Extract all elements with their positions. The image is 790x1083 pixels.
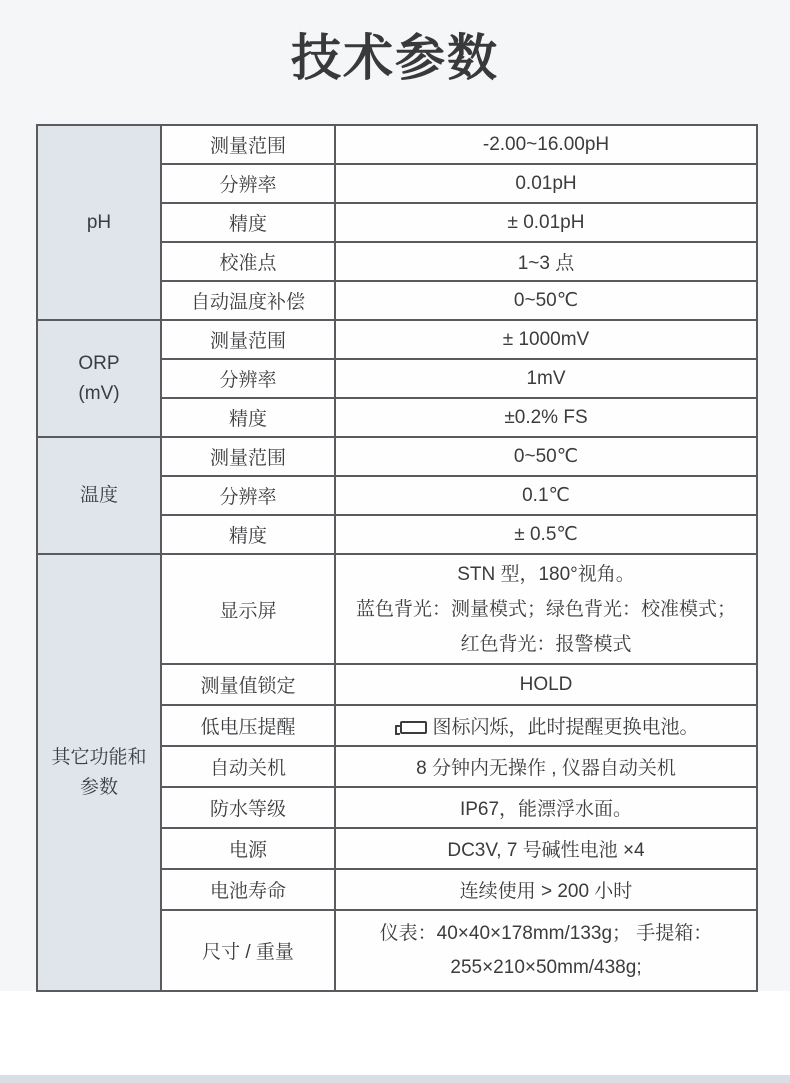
value-cell: DC3V, 7 号碱性电池 ×4 (335, 828, 757, 869)
table-row: ORP(mV)测量范围± 1000mV (37, 320, 757, 359)
value-line: 红色背光：报警模式 (336, 627, 756, 662)
category-label: 温度 (38, 481, 160, 511)
value-line: 蓝色背光：测量模式；绿色背光：校准模式； (336, 592, 756, 627)
parameter-cell: 测量值锁定 (161, 664, 335, 705)
category-cell: ORP(mV) (37, 320, 161, 437)
parameter-cell: 分辨率 (161, 476, 335, 515)
value-cell: -2.00~16.00pH (335, 125, 757, 164)
value-cell: ± 0.01pH (335, 203, 757, 242)
category-cell: 其它功能和参数 (37, 554, 161, 991)
parameter-cell: 测量范围 (161, 320, 335, 359)
value-cell: IP67，能漂浮水面。 (335, 787, 757, 828)
category-cell: 温度 (37, 437, 161, 554)
parameter-cell: 精度 (161, 203, 335, 242)
value-cell: 0.01pH (335, 164, 757, 203)
category-label: pH (38, 208, 160, 238)
value-cell: 0~50℃ (335, 437, 757, 476)
category-label: (mV) (38, 379, 160, 409)
parameter-cell: 分辨率 (161, 359, 335, 398)
parameter-cell: 自动关机 (161, 746, 335, 787)
value-line: 仪表：40×40×178mm/133g； 手提箱： (336, 917, 756, 951)
value-cell: ±0.2% FS (335, 398, 757, 437)
value-cell: HOLD (335, 664, 757, 705)
parameter-cell: 低电压提醒 (161, 705, 335, 746)
value-cell: 图标闪烁，此时提醒更换电池。 (335, 705, 757, 746)
parameter-cell: 防水等级 (161, 787, 335, 828)
value-cell: STN 型，180°视角。蓝色背光：测量模式；绿色背光：校准模式；红色背光：报警… (335, 554, 757, 664)
battery-low-icon (400, 721, 427, 734)
spec-table: pH测量范围-2.00~16.00pH分辨率0.01pH精度± 0.01pH校准… (36, 124, 758, 992)
value-cell: 连续使用 > 200 小时 (335, 869, 757, 910)
value-cell: 0~50℃ (335, 281, 757, 320)
value-cell: 8 分钟内无操作 , 仪器自动关机 (335, 746, 757, 787)
category-label: 参数 (38, 773, 160, 803)
spec-table-body: pH测量范围-2.00~16.00pH分辨率0.01pH精度± 0.01pH校准… (37, 125, 757, 991)
parameter-cell: 校准点 (161, 242, 335, 281)
parameter-cell: 精度 (161, 515, 335, 554)
table-row: 其它功能和参数显示屏STN 型，180°视角。蓝色背光：测量模式；绿色背光：校准… (37, 554, 757, 664)
parameter-cell: 显示屏 (161, 554, 335, 664)
next-section-strip (0, 1075, 790, 1083)
parameter-cell: 测量范围 (161, 437, 335, 476)
parameter-cell: 自动温度补偿 (161, 281, 335, 320)
value-cell: 仪表：40×40×178mm/133g； 手提箱：255×210×50mm/43… (335, 910, 757, 991)
parameter-cell: 精度 (161, 398, 335, 437)
parameter-cell: 测量范围 (161, 125, 335, 164)
category-cell: pH (37, 125, 161, 320)
value-line: STN 型，180°视角。 (336, 557, 756, 592)
parameter-cell: 电池寿命 (161, 869, 335, 910)
value-cell: 1~3 点 (335, 242, 757, 281)
value-cell: 1mV (335, 359, 757, 398)
parameter-cell: 电源 (161, 828, 335, 869)
parameter-cell: 分辨率 (161, 164, 335, 203)
value-cell: ± 1000mV (335, 320, 757, 359)
category-label: ORP (38, 349, 160, 379)
value-line: 255×210×50mm/438g; (336, 951, 756, 985)
value-cell: ± 0.5℃ (335, 515, 757, 554)
category-label: 其它功能和 (38, 743, 160, 773)
value-cell: 0.1℃ (335, 476, 757, 515)
table-row: 温度测量范围0~50℃ (37, 437, 757, 476)
table-row: pH测量范围-2.00~16.00pH (37, 125, 757, 164)
parameter-cell: 尺寸 / 重量 (161, 910, 335, 991)
page-title: 技术参数 (0, 0, 790, 124)
spec-section-background: 技术参数 pH测量范围-2.00~16.00pH分辨率0.01pH精度± 0.0… (0, 0, 790, 991)
